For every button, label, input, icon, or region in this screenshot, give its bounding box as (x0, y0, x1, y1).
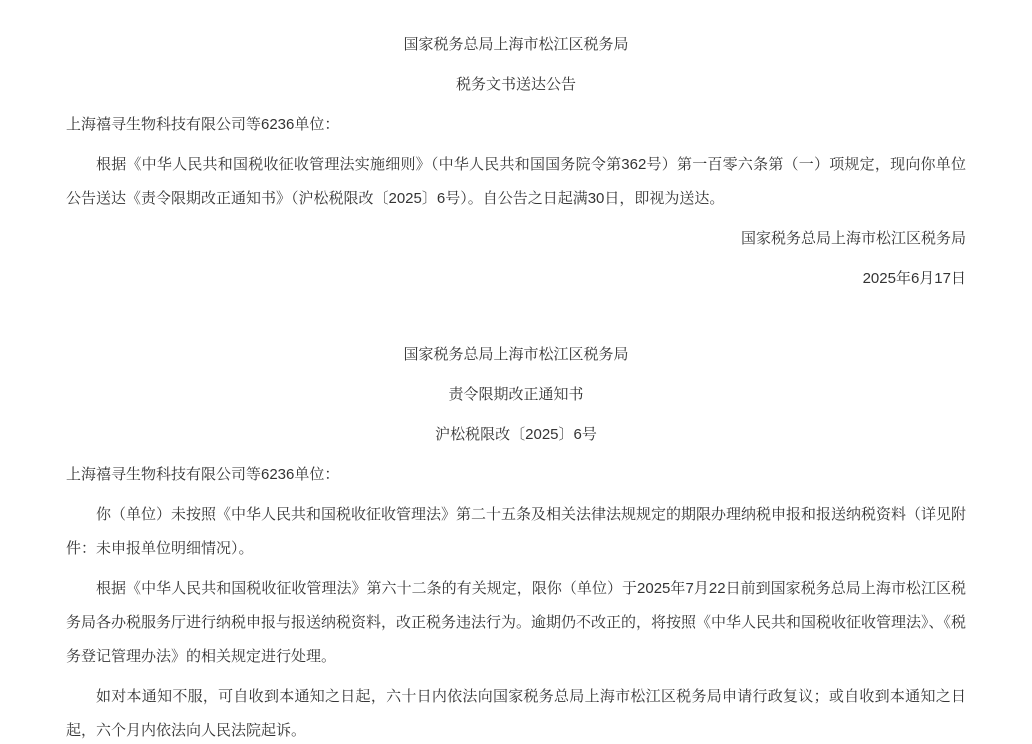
service-announcement-section: 国家税务总局上海市松江区税务局 税务文书送达公告 上海禧寻生物科技有限公司等62… (66, 28, 966, 296)
notice-agency-title: 国家税务总局上海市松江区税务局 (66, 338, 966, 372)
notice-paragraph-2: 根据《中华人民共和国税收征收管理法》第六十二条的有关规定，限你（单位）于2025… (66, 572, 966, 674)
notice-addressee: 上海禧寻生物科技有限公司等6236单位： (66, 458, 966, 492)
announcement-agency-title: 国家税务总局上海市松江区税务局 (66, 28, 966, 62)
notice-paragraph-1: 你（单位）未按照《中华人民共和国税收征收管理法》第二十五条及相关法律法规规定的期… (66, 498, 966, 566)
announcement-addressee: 上海禧寻生物科技有限公司等6236单位： (66, 108, 966, 142)
notice-paragraph-3: 如对本通知不服，可自收到本通知之日起，六十日内依法向国家税务总局上海市松江区税务… (66, 680, 966, 744)
announcement-signature: 国家税务总局上海市松江区税务局 (66, 222, 966, 256)
announcement-doc-title: 税务文书送达公告 (66, 68, 966, 102)
notice-doc-title: 责令限期改正通知书 (66, 378, 966, 412)
announcement-body-paragraph: 根据《中华人民共和国税收征收管理法实施细则》（中华人民共和国国务院令第362号）… (66, 148, 966, 216)
document-page: 国家税务总局上海市松江区税务局 税务文书送达公告 上海禧寻生物科技有限公司等62… (0, 0, 1032, 744)
rectification-notice-section: 国家税务总局上海市松江区税务局 责令限期改正通知书 沪松税限改〔2025〕6号 … (66, 338, 966, 744)
notice-doc-number: 沪松税限改〔2025〕6号 (66, 418, 966, 452)
announcement-date: 2025年6月17日 (66, 262, 966, 296)
